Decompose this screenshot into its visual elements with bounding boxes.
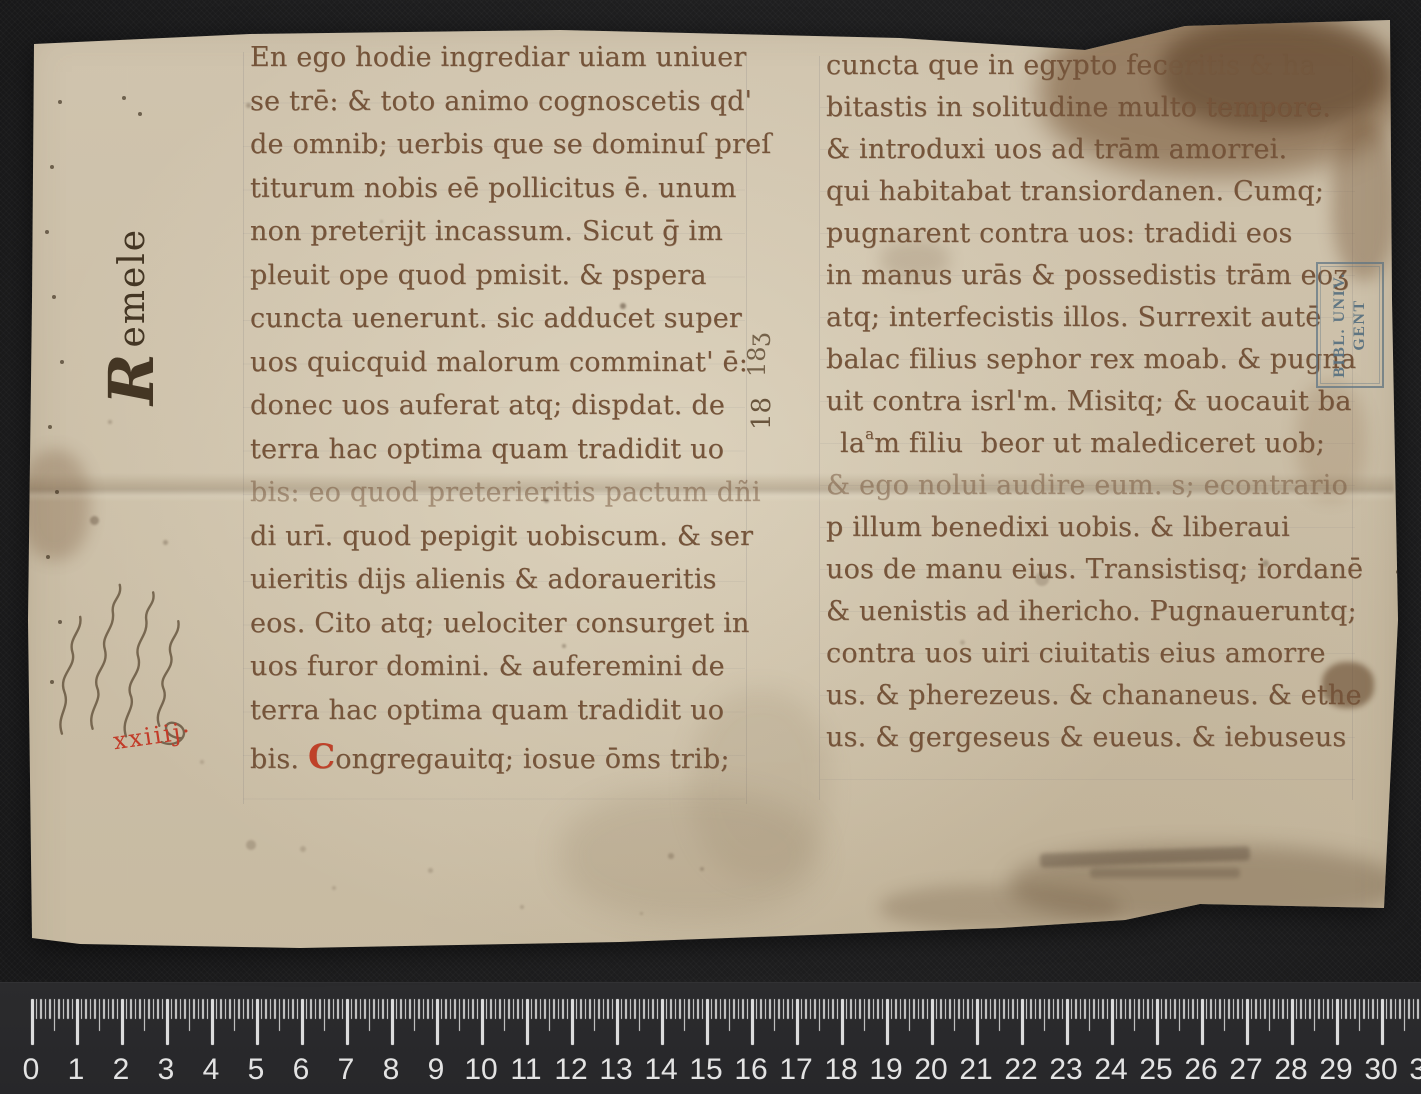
stain-speck [428, 868, 433, 873]
manuscript-text-line: titurum nobis eē pollicitus ē. unum [250, 175, 737, 202]
prick-mark [58, 100, 62, 104]
manuscript-text-line: uos furor domini. & auferemini de [250, 653, 725, 680]
ruling-lines-left [243, 60, 745, 802]
manuscript-text-line: se trē: & toto animo cognoscetis qd' [250, 88, 752, 115]
stain-speck [544, 498, 549, 503]
text-span: uos de manu eius. Transistisq; iordanē [826, 554, 1363, 585]
text-span: p illum benedixi uobis. & liberaui [826, 512, 1290, 543]
prick-mark [1397, 660, 1401, 664]
prick-mark [52, 295, 56, 299]
text-span: uos furor domini. & auferemini de [250, 651, 725, 682]
text-span: us. & gergeseus & eueus. & iebuseus [826, 722, 1346, 753]
stain-speck [700, 867, 704, 871]
text-span: non preterijt incassum. Sicut ḡ im [250, 216, 723, 247]
manuscript-text-line: bis: eo quod preterieritis pactum dñi [250, 479, 761, 506]
manuscript-text-line: laam filiu beor ut malediceret uob; [840, 430, 1325, 457]
stain-speck [332, 886, 336, 890]
prick-mark [55, 490, 59, 494]
text-span: ongregauitq; iosue ōms trib; [335, 744, 729, 775]
gutter-mark-upper: 18ʒ [743, 307, 771, 377]
manuscript-text-line: terra hac optima quam tradidit uo [250, 436, 724, 463]
parchment-leaf: En ego hodie ingrediar uiam uniuerse trē… [0, 0, 1421, 1094]
text-span: bis. [250, 744, 308, 775]
text-span: cuncta uenerunt. sic adducet super [250, 303, 742, 334]
manuscript-text-line: & uenistis ad ihericho. Pugnaueruntq; [826, 598, 1357, 625]
prick-mark [60, 360, 64, 364]
parchment-wrapper: En ego hodie ingrediar uiam uniuerse trē… [0, 0, 1421, 1094]
manuscript-text-line: bitastis in solitudine multo tempore. [826, 94, 1331, 121]
manuscript-text-line: balac filius sephor rex moab. & pugna [826, 346, 1356, 373]
manuscript-text-line: us. & gergeseus & eueus. & iebuseus [826, 724, 1346, 751]
inscription-rest: emele [112, 228, 153, 348]
text-span: qui habitabat transiordanen. Cumq; [826, 176, 1324, 207]
text-span: in manus urās & possedistis trām eoʒ [826, 260, 1349, 291]
prick-mark [45, 230, 49, 234]
manuscript-text-line: & ego nolui audire eum. s; econtrario [826, 472, 1348, 499]
stain-speck [640, 912, 643, 915]
stain-speck [562, 644, 566, 648]
prick-mark [48, 425, 52, 429]
manuscript-text-line: terra hac optima quam tradidit uo [250, 697, 724, 724]
stain-speck [668, 853, 674, 859]
manuscript-text-line: eos. Cito atq; uelociter consurget in [250, 610, 750, 637]
text-span: & introduxi uos ad trām amorrei. [826, 134, 1287, 165]
offset-ink-ghost [1090, 868, 1240, 878]
text-span: pleuit ope quod pmisit. & pspera [250, 260, 707, 291]
manuscript-text-line: & introduxi uos ad trām amorrei. [826, 136, 1287, 163]
manuscript-text-line: cuncta uenerunt. sic adducet super [250, 305, 742, 332]
text-span: m filiu beor ut malediceret uob; [874, 428, 1325, 459]
stamp-line1: BIBL. UNIV. [1330, 272, 1350, 378]
stain-speck [246, 840, 256, 850]
manuscript-text-line: cuncta que in egypto feceritis & ha [826, 52, 1316, 79]
text-span: atq; interfecistis illos. Surrexit autē [826, 302, 1321, 333]
vertical-margin-inscription: R emele [92, 175, 172, 405]
stain-bottom-band2 [880, 885, 1120, 930]
prick-mark [1400, 615, 1404, 619]
stain-right-edge [1332, 120, 1396, 280]
prick-mark [1397, 300, 1401, 304]
manuscript-text-line: in manus urās & possedistis trām eoʒ [826, 262, 1349, 289]
prick-mark [1396, 570, 1400, 574]
manuscript-photo: 0123456789101112131415161718192021222324… [0, 0, 1421, 1094]
stain-left-edge [20, 450, 90, 560]
prick-mark [1399, 525, 1403, 529]
stain-speck [108, 420, 112, 424]
stain-speck [420, 140, 424, 144]
text-span: & ego nolui audire eum. s; econtrario [826, 470, 1348, 501]
prick-mark [1397, 480, 1401, 484]
manuscript-text-line: En ego hodie ingrediar uiam uniuer [250, 44, 746, 71]
prick-mark [1400, 435, 1404, 439]
text-span: us. & pherezeus. & chananeus. & ethe [826, 680, 1362, 711]
stain-speck [1035, 572, 1049, 586]
text-span: & uenistis ad ihericho. Pugnaueruntq; [826, 596, 1357, 627]
text-span: a [865, 425, 874, 443]
text-span: pugnarent contra uos: tradidi eos [826, 218, 1293, 249]
text-span: balac filius sephor rex moab. & pugna [826, 344, 1356, 375]
stain-speck [1262, 560, 1269, 567]
manuscript-text-line: pugnarent contra uos: tradidi eos [826, 220, 1293, 247]
manuscript-text-line: uos de manu eius. Transistisq; iordanē [826, 556, 1363, 583]
manuscript-text-line: uit contra isrl'm. Misitq; & uocauit ba [826, 388, 1352, 415]
text-span: se trē: & toto animo cognoscetis qd' [250, 86, 752, 117]
manuscript-text-line: contra uos uiri ciuitatis eius amorre [826, 640, 1326, 667]
manuscript-text-line: de omnib; uerbis que se dominuſ preſ [250, 131, 771, 158]
text-span: terra hac optima quam tradidit uo [250, 695, 724, 726]
text-span: C [308, 737, 335, 777]
manuscript-text-line: pleuit ope quod pmisit. & pspera [250, 262, 707, 289]
manuscript-text-line: bis. Congregauitq; iosue ōms trib; [250, 740, 730, 774]
stain-speck [620, 303, 626, 309]
stain-speck [655, 95, 659, 99]
prick-mark [1399, 705, 1403, 709]
text-span: de omnib; uerbis que se dominuſ preſ [250, 129, 771, 160]
manuscript-text-line: donec uos auferat atq; dispdat. de [250, 392, 725, 419]
manuscript-text-line: qui habitabat transiordanen. Cumq; [826, 178, 1324, 205]
text-span: bis: eo quod preterieritis pactum dñi [250, 477, 761, 508]
prick-mark [1399, 345, 1403, 349]
stain-speck [246, 103, 251, 108]
manuscript-text-line: uos quicquid malorum comminat' ē: [250, 349, 748, 376]
prick-mark [58, 620, 62, 624]
ruling-vertical [819, 56, 820, 800]
prick-mark [122, 96, 126, 100]
stain-speck [200, 760, 204, 764]
library-stamp-text: BIBL. UNIV. GENT [1330, 272, 1370, 378]
text-span: uieritis dijs alienis & adoraueritis [250, 564, 717, 595]
prick-mark [138, 112, 142, 116]
gutter-mark-lower: 18 [747, 380, 777, 430]
text-span: di urī. quod pepigit uobiscum. & ser [250, 521, 753, 552]
text-span: contra uos uiri ciuitatis eius amorre [826, 638, 1326, 669]
text-span: eritis & ha [1168, 50, 1316, 81]
prick-mark [50, 680, 54, 684]
text-span: uit contra isrl'm. Misitq; & uocauit ba [826, 386, 1352, 417]
stain-speck [960, 640, 965, 645]
manuscript-text-line: di urī. quod pepigit uobiscum. & ser [250, 523, 753, 550]
manuscript-text-line: uieritis dijs alienis & adoraueritis [250, 566, 717, 593]
text-span: terra hac optima quam tradidit uo [250, 434, 724, 465]
manuscript-text-line: atq; interfecistis illos. Surrexit autē [826, 304, 1321, 331]
prick-mark [50, 165, 54, 169]
stain-speck [163, 540, 168, 545]
text-span: cuncta que in egypto fec [826, 50, 1168, 81]
text-span: uos quicquid malorum comminat' ē: [250, 347, 748, 378]
library-stamp: BIBL. UNIV. GENT [1316, 262, 1384, 388]
stain-speck [90, 516, 99, 525]
stain-speck [300, 846, 306, 852]
text-span: En ego hodie ingrediar uiam uniuer [250, 42, 746, 73]
manuscript-text-line: us. & pherezeus. & chananeus. & ethe [826, 682, 1362, 709]
text-span: eos. Cito atq; uelociter consurget in [250, 608, 750, 639]
text-span: bitastis in solitudine multo tempore. [826, 92, 1331, 123]
prick-mark [46, 555, 50, 559]
text-span: la [840, 428, 865, 459]
stain-speck [380, 220, 383, 223]
text-span: donec uos auferat atq; dispdat. de [250, 390, 725, 421]
text-span: titurum nobis eē pollicitus ē. unum [250, 173, 737, 204]
prick-mark [1396, 390, 1400, 394]
stamp-line2: GENT [1350, 272, 1370, 378]
ruling-vertical [243, 52, 244, 804]
manuscript-text-line: non preterijt incassum. Sicut ḡ im [250, 218, 723, 245]
manuscript-text-line: p illum benedixi uobis. & liberaui [826, 514, 1290, 541]
stain-speck [520, 905, 524, 909]
